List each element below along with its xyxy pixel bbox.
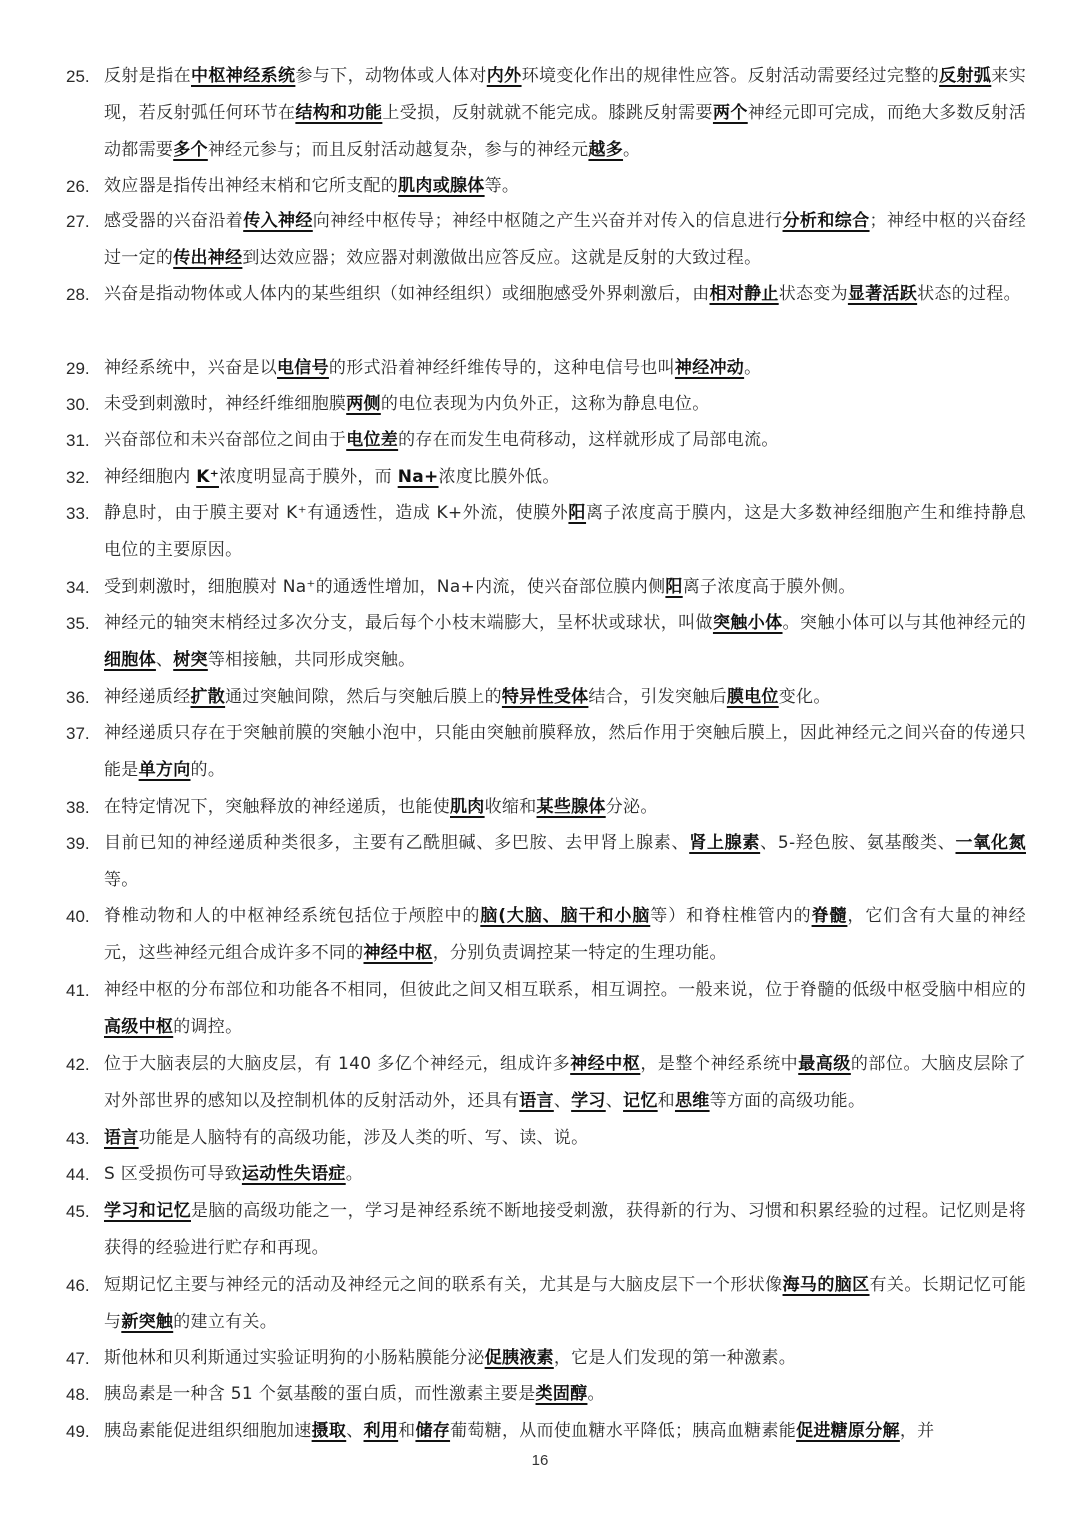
key-term: 促进糖原分解 xyxy=(796,1421,900,1441)
text-segment: ，它是人们发现的第一种激素。 xyxy=(554,1348,796,1368)
list-item: 32.神经细胞内 K⁺浓度明显高于膜外，而 Na+浓度比膜外低。 xyxy=(66,459,1026,496)
text-segment: 反射是指在 xyxy=(104,66,191,86)
item-text: S 区受损伤可导致运动性失语症。 xyxy=(104,1156,1026,1193)
key-term: 一氧化氮 xyxy=(955,833,1026,853)
text-segment: 和 xyxy=(398,1421,415,1441)
item-number: 49. xyxy=(66,1413,104,1450)
text-segment: 、 xyxy=(554,1091,571,1111)
text-segment: 神经细胞内 xyxy=(104,467,196,487)
text-segment: 环境变化作出的规律性应答。反射活动需要经过完整的 xyxy=(522,66,940,86)
list-item: 41.神经中枢的分布部位和功能各不相同，但彼此之间又相互联系，相互调控。一般来说… xyxy=(66,972,1026,1046)
item-text: 神经递质经扩散通过突触间隙，然后与突触后膜上的特异性受体结合，引发突触后膜电位变… xyxy=(104,679,1026,716)
key-term: 新突触 xyxy=(121,1312,173,1332)
item-number: 36. xyxy=(66,679,104,716)
item-text: 胰岛素是一种含 51 个氨基酸的蛋白质，而性激素主要是类固醇。 xyxy=(104,1376,1026,1413)
text-segment: 脊椎动物和人的中枢神经系统包括位于颅腔中的 xyxy=(104,906,480,926)
list-item: 39.目前已知的神经递质种类很多，主要有乙酰胆碱、多巴胺、去甲肾上腺素、肾上腺素… xyxy=(66,825,1026,899)
text-segment: 神经递质经 xyxy=(104,687,191,707)
text-segment: 神经系统中，兴奋是以 xyxy=(104,358,277,378)
text-segment: 。 xyxy=(744,358,761,378)
key-term: 显著活跃 xyxy=(848,284,917,304)
item-number: 25. xyxy=(66,58,104,95)
key-term: 阳 xyxy=(665,577,682,597)
list-item: 38.在特定情况下，突触释放的神经递质，也能使肌肉收缩和某些腺体分泌。 xyxy=(66,789,1026,826)
item-number: 46. xyxy=(66,1267,104,1304)
key-term: 语言 xyxy=(519,1091,554,1111)
key-term: 扩散 xyxy=(191,687,226,707)
text-segment: 的调控。 xyxy=(173,1017,242,1037)
key-term: 最高级 xyxy=(798,1054,851,1074)
text-segment: 神经中枢的分布部位和功能各不相同，但彼此之间又相互联系，相互调控。一般来说，位于… xyxy=(104,980,1026,1000)
text-segment: 兴奋是指动物体或人体内的某些组织（如神经组织）或细胞感受外界刺激后，由 xyxy=(104,284,710,304)
text-segment: 胰岛素能促进组织细胞加速 xyxy=(104,1421,312,1441)
item-text: 语言功能是人脑特有的高级功能，涉及人类的听、写、读、说。 xyxy=(104,1120,1026,1157)
key-term: 储存 xyxy=(415,1421,450,1441)
key-term: 越多 xyxy=(588,140,623,160)
text-segment: 状态的过程。 xyxy=(917,284,1021,304)
page-number: 16 xyxy=(0,1452,1080,1469)
text-segment: 葡萄糖，从而使血糖水平降低；胰高血糖素能 xyxy=(450,1421,796,1441)
key-term: 内外 xyxy=(487,66,522,86)
list-item: 47.斯他林和贝利斯通过实验证明狗的小肠粘膜能分泌促胰液素，它是人们发现的第一种… xyxy=(66,1340,1026,1377)
text-segment: 神经递质只存在于突触前膜的突触小泡中，只能由突触前膜释放，然后作用于突触后膜上，… xyxy=(104,723,1026,780)
key-term: 促胰液素 xyxy=(485,1348,554,1368)
key-term: 结构和功能 xyxy=(295,103,382,123)
item-text: 未受到刺激时，神经纤维细胞膜两侧的电位表现为内负外正，这称为静息电位。 xyxy=(104,386,1026,423)
key-term: 高级中枢 xyxy=(104,1017,173,1037)
text-segment: 在特定情况下，突触释放的神经递质，也能使 xyxy=(104,797,450,817)
list-item: 28.兴奋是指动物体或人体内的某些组织（如神经组织）或细胞感受外界刺激后，由相对… xyxy=(66,276,1026,313)
text-segment: 等。 xyxy=(485,176,520,196)
list-item: 37.神经递质只存在于突触前膜的突触小泡中，只能由突触前膜释放，然后作用于突触后… xyxy=(66,715,1026,789)
text-segment: 收缩和 xyxy=(485,797,537,817)
text-segment: ，分别负责调控某一特定的生理功能。 xyxy=(433,943,727,963)
key-term: 运动性失语症 xyxy=(242,1164,346,1184)
text-segment: 受到刺激时，细胞膜对 Na⁺的通透性增加，Na+内流，使兴奋部位膜内侧 xyxy=(104,577,665,597)
key-term: K⁺ xyxy=(196,467,219,487)
text-segment: 效应器是指传出神经末梢和它所支配的 xyxy=(104,176,398,196)
text-segment: 的形式沿着神经纤维传导的，这种电信号也叫 xyxy=(329,358,675,378)
text-segment: 浓度明显高于膜外，而 xyxy=(219,467,398,487)
item-text: 神经系统中，兴奋是以电信号的形式沿着神经纤维传导的，这种电信号也叫神经冲动。 xyxy=(104,350,1026,387)
item-text: 神经中枢的分布部位和功能各不相同，但彼此之间又相互联系，相互调控。一般来说，位于… xyxy=(104,972,1026,1046)
item-number: 27. xyxy=(66,203,104,240)
item-number: 40. xyxy=(66,898,104,935)
key-term: 神经中枢 xyxy=(364,943,433,963)
item-number: 44. xyxy=(66,1156,104,1193)
key-term: 肌肉或腺体 xyxy=(398,176,485,196)
text-segment: ，是整个神经系统中 xyxy=(640,1054,798,1074)
list-item: 35.神经元的轴突末梢经过多次分支，最后每个小枝末端膨大，呈杯状或球状，叫做突触… xyxy=(66,605,1026,679)
key-term: 特异性受体 xyxy=(502,687,589,707)
list-item: 44.S 区受损伤可导致运动性失语症。 xyxy=(66,1156,1026,1193)
item-number: 33. xyxy=(66,495,104,532)
text-segment: 斯他林和贝利斯通过实验证明狗的小肠粘膜能分泌 xyxy=(104,1348,485,1368)
item-number: 39. xyxy=(66,825,104,862)
key-term: 膜电位 xyxy=(727,687,779,707)
text-segment: 等相接触，共同形成突触。 xyxy=(208,650,416,670)
item-text: 位于大脑表层的大脑皮层，有 140 多亿个神经元，组成许多神经中枢，是整个神经系… xyxy=(104,1046,1026,1120)
key-term: 两侧 xyxy=(346,394,381,414)
text-segment: 感受器的兴奋沿着 xyxy=(104,211,243,231)
item-number: 45. xyxy=(66,1193,104,1230)
item-number: 30. xyxy=(66,386,104,423)
text-segment: 是脑的高级功能之一，学习是神经系统不断地接受刺激，获得新的行为、习惯和积累经验的… xyxy=(104,1201,1026,1258)
item-number: 35. xyxy=(66,605,104,642)
text-segment: 的存在而发生电荷移动，这样就形成了局部电流。 xyxy=(398,430,779,450)
list-item: 43.语言功能是人脑特有的高级功能，涉及人类的听、写、读、说。 xyxy=(66,1120,1026,1157)
item-text: 受到刺激时，细胞膜对 Na⁺的通透性增加，Na+内流，使兴奋部位膜内侧阳离子浓度… xyxy=(104,569,1026,606)
key-term: 肌肉 xyxy=(450,797,485,817)
key-term: 学习 xyxy=(571,1091,606,1111)
key-term: 反射弧 xyxy=(939,66,991,86)
item-number: 48. xyxy=(66,1376,104,1413)
item-text: 学习和记忆是脑的高级功能之一，学习是神经系统不断地接受刺激，获得新的行为、习惯和… xyxy=(104,1193,1026,1267)
item-number: 34. xyxy=(66,569,104,606)
key-term: 语言 xyxy=(104,1128,139,1148)
key-term: 利用 xyxy=(364,1421,399,1441)
key-term: 某些腺体 xyxy=(537,797,606,817)
text-segment: 、5-羟色胺、氨基酸类、 xyxy=(760,833,955,853)
text-segment: 短期记忆主要与神经元的活动及神经元之间的联系有关，尤其是与大脑皮层下一个形状像 xyxy=(104,1275,783,1295)
list-item: 48.胰岛素是一种含 51 个氨基酸的蛋白质，而性激素主要是类固醇。 xyxy=(66,1376,1026,1413)
text-segment: 浓度比膜外低。 xyxy=(439,467,560,487)
item-text: 短期记忆主要与神经元的活动及神经元之间的联系有关，尤其是与大脑皮层下一个形状像海… xyxy=(104,1267,1026,1341)
text-segment: 的电位表现为内负外正，这称为静息电位。 xyxy=(381,394,710,414)
text-segment: 、 xyxy=(156,650,173,670)
list-item: 30.未受到刺激时，神经纤维细胞膜两侧的电位表现为内负外正，这称为静息电位。 xyxy=(66,386,1026,423)
key-term: 电位差 xyxy=(346,430,398,450)
list-item: 36.神经递质经扩散通过突触间隙，然后与突触后膜上的特异性受体结合，引发突触后膜… xyxy=(66,679,1026,716)
item-number: 37. xyxy=(66,715,104,752)
text-segment: 变化。 xyxy=(779,687,831,707)
item-text: 神经细胞内 K⁺浓度明显高于膜外，而 Na+浓度比膜外低。 xyxy=(104,459,1026,496)
list-item: 31.兴奋部位和未兴奋部位之间由于电位差的存在而发生电荷移动，这样就形成了局部电… xyxy=(66,422,1026,459)
key-term: 中枢神经系统 xyxy=(191,66,295,86)
key-term: 分析和综合 xyxy=(783,211,870,231)
text-segment: 等）和脊柱椎管内的 xyxy=(650,906,811,926)
key-term: 海马的脑区 xyxy=(783,1275,870,1295)
key-term: 脑(大脑、脑干和小脑 xyxy=(480,906,650,926)
key-term: 突触小体 xyxy=(713,613,783,633)
item-text: 斯他林和贝利斯通过实验证明狗的小肠粘膜能分泌促胰液素，它是人们发现的第一种激素。 xyxy=(104,1340,1026,1377)
text-segment: 分泌。 xyxy=(606,797,658,817)
text-segment: 的。 xyxy=(191,760,226,780)
item-text: 神经递质只存在于突触前膜的突触小泡中，只能由突触前膜释放，然后作用于突触后膜上，… xyxy=(104,715,1026,789)
item-text: 兴奋部位和未兴奋部位之间由于电位差的存在而发生电荷移动，这样就形成了局部电流。 xyxy=(104,422,1026,459)
item-number: 29. xyxy=(66,350,104,387)
item-text: 目前已知的神经递质种类很多，主要有乙酰胆碱、多巴胺、去甲肾上腺素、肾上腺素、5-… xyxy=(104,825,1026,899)
key-term: 传入神经 xyxy=(243,211,313,231)
text-segment: 离子浓度高于膜外侧。 xyxy=(683,577,856,597)
key-term: 电信号 xyxy=(277,358,329,378)
key-term: 神经冲动 xyxy=(675,358,744,378)
text-segment: 胰岛素是一种含 51 个氨基酸的蛋白质，而性激素主要是 xyxy=(104,1384,536,1404)
list-item: 29.神经系统中，兴奋是以电信号的形式沿着神经纤维传导的，这种电信号也叫神经冲动… xyxy=(66,350,1026,387)
item-text: 效应器是指传出神经末梢和它所支配的肌肉或腺体等。 xyxy=(104,168,1026,205)
list-item: 25.反射是指在中枢神经系统参与下，动物体或人体对内外环境变化作出的规律性应答。… xyxy=(66,58,1026,169)
item-number: 38. xyxy=(66,789,104,826)
text-segment: 等方面的高级功能。 xyxy=(710,1091,866,1111)
text-segment: 通过突触间隙，然后与突触后膜上的 xyxy=(225,687,502,707)
text-segment: 。 xyxy=(623,140,640,160)
list-item: 42.位于大脑表层的大脑皮层，有 140 多亿个神经元，组成许多神经中枢，是整个… xyxy=(66,1046,1026,1120)
document-page: 25.反射是指在中枢神经系统参与下，动物体或人体对内外环境变化作出的规律性应答。… xyxy=(0,0,1080,1528)
item-number: 43. xyxy=(66,1120,104,1157)
item-text: 神经元的轴突末梢经过多次分支，最后每个小枝末端膨大，呈杯状或球状，叫做突触小体。… xyxy=(104,605,1026,679)
text-segment: 向神经中枢传导；神经中枢随之产生兴奋并对传入的信息进行 xyxy=(313,211,783,231)
text-segment: 的建立有关。 xyxy=(173,1312,277,1332)
text-segment: 等。 xyxy=(104,870,139,890)
key-term: 记忆 xyxy=(623,1091,658,1111)
text-segment: 结合，引发突触后 xyxy=(588,687,726,707)
item-number: 42. xyxy=(66,1046,104,1083)
list-item: 26.效应器是指传出神经末梢和它所支配的肌肉或腺体等。 xyxy=(66,168,1026,205)
item-text: 反射是指在中枢神经系统参与下，动物体或人体对内外环境变化作出的规律性应答。反射活… xyxy=(104,58,1026,169)
text-segment: 。 xyxy=(346,1164,363,1184)
key-term: 阳 xyxy=(568,503,586,523)
text-segment: 功能是人脑特有的高级功能，涉及人类的听、写、读、说。 xyxy=(139,1128,589,1148)
text-segment: 。 xyxy=(587,1384,604,1404)
text-segment: 神经元参与；而且反射活动越复杂，参与的神经元 xyxy=(208,140,589,160)
item-text: 在特定情况下，突触释放的神经递质，也能使肌肉收缩和某些腺体分泌。 xyxy=(104,789,1026,826)
text-segment: 和 xyxy=(658,1091,675,1111)
key-term: 思维 xyxy=(675,1091,710,1111)
key-term: 单方向 xyxy=(139,760,191,780)
key-term: 细胞体 xyxy=(104,650,156,670)
text-segment: 、 xyxy=(606,1091,623,1111)
text-segment: ，并 xyxy=(900,1421,935,1441)
item-text: 胰岛素能促进组织细胞加速摄取、利用和储存葡萄糖，从而使血糖水平降低；胰高血糖素能… xyxy=(104,1413,1026,1450)
list-item: 45.学习和记忆是脑的高级功能之一，学习是神经系统不断地接受刺激，获得新的行为、… xyxy=(66,1193,1026,1267)
item-number: 32. xyxy=(66,459,104,496)
key-term: 树突 xyxy=(173,650,208,670)
text-segment: 、 xyxy=(346,1421,363,1441)
text-segment: 兴奋部位和未兴奋部位之间由于 xyxy=(104,430,346,450)
list-item: 34.受到刺激时，细胞膜对 Na⁺的通透性增加，Na+内流，使兴奋部位膜内侧阳离… xyxy=(66,569,1026,606)
list-item: 27.感受器的兴奋沿着传入神经向神经中枢传导；神经中枢随之产生兴奋并对传入的信息… xyxy=(66,203,1026,277)
list-item: 46.短期记忆主要与神经元的活动及神经元之间的联系有关，尤其是与大脑皮层下一个形… xyxy=(66,1267,1026,1341)
item-number: 47. xyxy=(66,1340,104,1377)
text-segment: 到达效应器；效应器对刺激做出应答反应。这就是反射的大致过程。 xyxy=(242,248,761,268)
list-item: 33.静息时，由于膜主要对 K⁺有通透性，造成 K+外流，使膜外阳离子浓度高于膜… xyxy=(66,495,1026,569)
key-term: 多个 xyxy=(173,140,208,160)
key-term: 相对静止 xyxy=(710,284,779,304)
item-text: 脊椎动物和人的中枢神经系统包括位于颅腔中的脑(大脑、脑干和小脑等）和脊柱椎管内的… xyxy=(104,898,1026,972)
list-item: 49.胰岛素能促进组织细胞加速摄取、利用和储存葡萄糖，从而使血糖水平降低；胰高血… xyxy=(66,1413,1026,1450)
text-segment: 目前已知的神经递质种类很多，主要有乙酰胆碱、多巴胺、去甲肾上腺素、 xyxy=(104,833,689,853)
key-term: 摄取 xyxy=(312,1421,347,1441)
item-text: 静息时，由于膜主要对 K⁺有通透性，造成 K+外流，使膜外阳离子浓度高于膜内，这… xyxy=(104,495,1026,569)
text-segment: 未受到刺激时，神经纤维细胞膜 xyxy=(104,394,346,414)
item-number: 41. xyxy=(66,972,104,1009)
text-segment: 。突触小体可以与其他神经元的 xyxy=(783,613,1026,633)
text-segment: 状态变为 xyxy=(779,284,848,304)
text-segment: 神经元的轴突末梢经过多次分支，最后每个小枝末端膨大，呈杯状或球状，叫做 xyxy=(104,613,713,633)
key-term: 神经中枢 xyxy=(570,1054,640,1074)
key-term: 传出神经 xyxy=(173,248,242,268)
text-segment: 位于大脑表层的大脑皮层，有 140 多亿个神经元，组成许多 xyxy=(104,1054,570,1074)
key-term: 学习和记忆 xyxy=(104,1201,191,1221)
text-segment: 参与下，动物体或人体对 xyxy=(295,66,486,86)
text-segment: S 区受损伤可导致 xyxy=(104,1164,242,1184)
key-term: 类固醇 xyxy=(536,1384,588,1404)
key-term: Na+ xyxy=(398,467,439,487)
key-term: 脊髓 xyxy=(812,906,848,926)
item-number: 28. xyxy=(66,276,104,313)
item-text: 感受器的兴奋沿着传入神经向神经中枢传导；神经中枢随之产生兴奋并对传入的信息进行分… xyxy=(104,203,1026,277)
key-term: 肾上腺素 xyxy=(689,833,760,853)
text-segment: 上受损，反射就就不能完成。膝跳反射需要 xyxy=(382,103,713,123)
key-term: 两个 xyxy=(713,103,748,123)
text-segment: 静息时，由于膜主要对 K⁺有通透性，造成 K+外流，使膜外 xyxy=(104,503,568,523)
list-item: 40.脊椎动物和人的中枢神经系统包括位于颅腔中的脑(大脑、脑干和小脑等）和脊柱椎… xyxy=(66,898,1026,972)
item-number: 26. xyxy=(66,168,104,205)
item-text: 兴奋是指动物体或人体内的某些组织（如神经组织）或细胞感受外界刺激后，由相对静止状… xyxy=(104,276,1026,313)
item-number: 31. xyxy=(66,422,104,459)
